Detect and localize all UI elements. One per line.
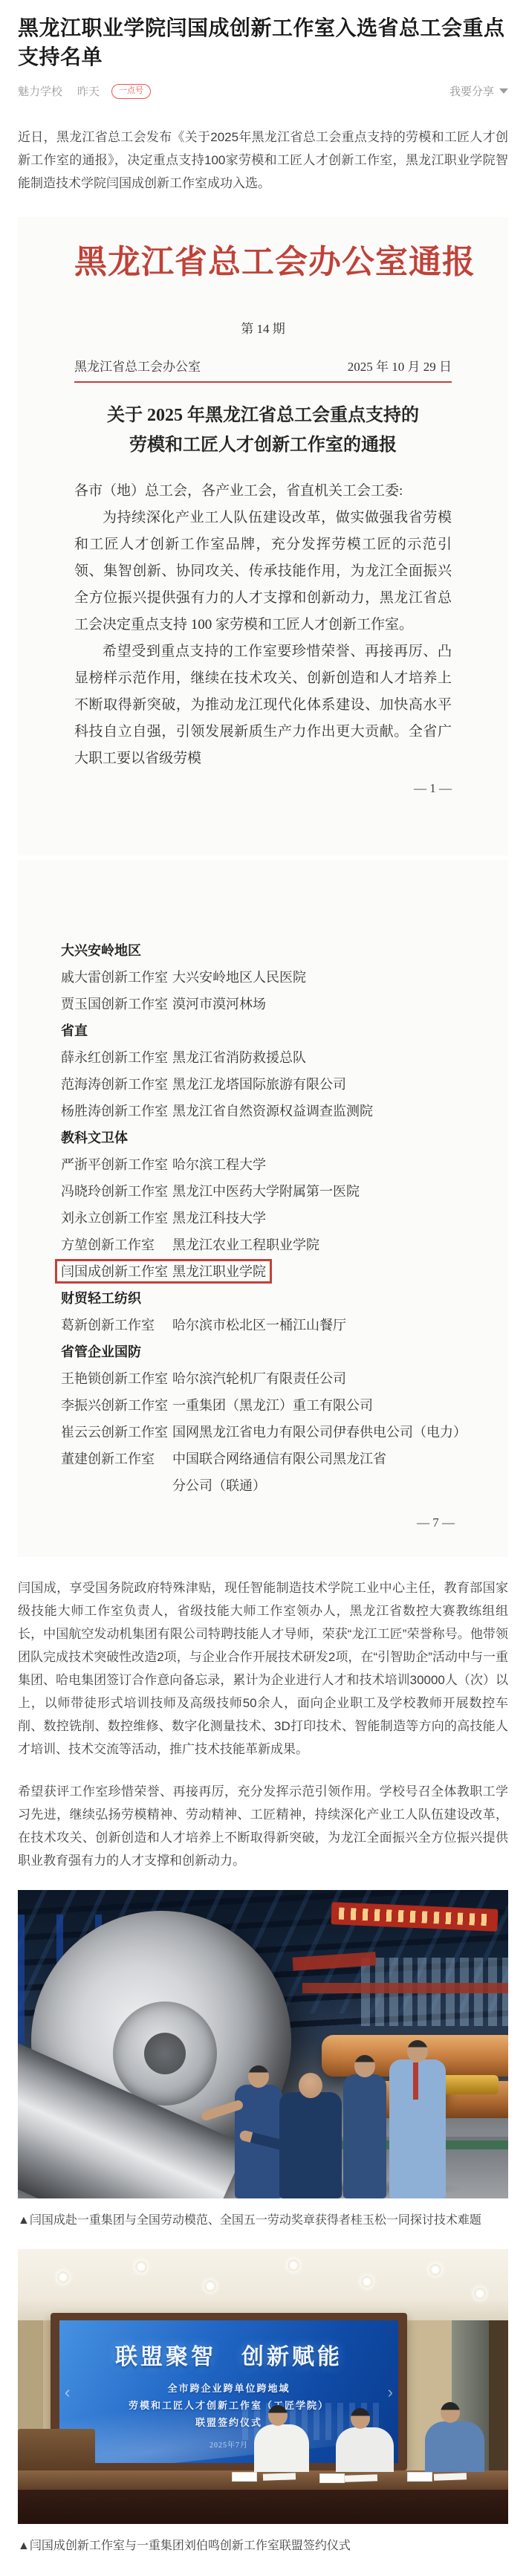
table-row: 方堃创新工作室 黑龙江农业工程职业学院	[61, 1232, 489, 1258]
workshop-name: 闫国成创新工作室	[61, 1258, 172, 1285]
photo-caption: ▲闫国成赴一重集团与全国劳动模范、全国五一劳动奖章获得者桂玉松一同探讨技术难题	[18, 2212, 508, 2230]
workshop-org: 黑龙江农业工程职业学院	[172, 1232, 489, 1258]
crane-beam-graphic	[302, 1983, 508, 1993]
doc-paragraph: 为持续深化产业工人队伍建设改革，做实做强我省劳模和工匠人才创新工作室品牌，充分发…	[74, 505, 452, 638]
photo-caption: ▲闫国成创新工作室与一重集团刘伯鸣创新工作室联盟签约仪式	[18, 2537, 508, 2555]
workshop-org: 哈尔滨市松北区一桶江山餐厅	[172, 1312, 489, 1339]
workshop-name: 冯晓玲创新工作室	[61, 1178, 172, 1205]
table-row: 董建创新工作室 中国联合网络通信有限公司黑龙江省 分公司（联通）	[61, 1446, 489, 1499]
workshop-name: 杨胜涛创新工作室	[61, 1098, 172, 1124]
workshop-org-line2: 分公司（联通）	[172, 1472, 489, 1499]
table-row: 冯晓玲创新工作室 黑龙江中医药大学附属第一医院	[61, 1178, 489, 1205]
workshop-org: 黑龙江龙塔国际旅游有限公司	[172, 1071, 489, 1098]
screen-subtitle-line2: 劳模和工匠人才创新工作室（工匠学院）	[59, 2397, 398, 2414]
table-row: 薛永红创新工作室 黑龙江省消防救援总队	[61, 1044, 489, 1071]
doc-title: 关于 2025 年黑龙江省总工会重点支持的 劳模和工匠人才创新工作室的通报	[74, 401, 452, 460]
workshop-org: 哈尔滨工程大学	[172, 1151, 489, 1178]
ceiling-light-graphic	[204, 2280, 216, 2292]
workshop-name: 王艳锁创新工作室	[61, 1365, 172, 1392]
workshop-name: 董建创新工作室	[61, 1446, 172, 1499]
notice-scan-page-1: 黑龙江省总工会办公室通报 第 14 期 黑龙江省总工会办公室 2025 年 10…	[18, 217, 508, 855]
workshop-org: 黑龙江省自然资源权益调查监测院	[172, 1098, 489, 1124]
doc-date: 2025 年 10 月 29 日	[348, 356, 452, 375]
gold-shaft-graphic	[440, 2075, 499, 2094]
document-paper-graphic	[263, 2473, 296, 2481]
page-title: 黑龙江职业学院闫国成创新工作室入选省总工会重点支持名单	[18, 0, 508, 71]
rotor-hub-graphic	[113, 2001, 217, 2106]
doc2-section-heading: 省直	[61, 1017, 489, 1044]
workshop-org: 漠河市漠河林场	[172, 991, 489, 1017]
ceiling-light-graphic	[361, 2276, 373, 2288]
workshop-org: 哈尔滨汽轮机厂有限责任公司	[172, 1365, 489, 1392]
paragraph-intro: 近日，黑龙江省总工会发布《关于2025年黑龙江省总工会重点支持的劳模和工匠人才创…	[18, 126, 508, 195]
signer-figure	[336, 2427, 394, 2472]
paragraph-bio: 闫国成，享受国务院政府特殊津贴，现任智能制造技术学院工业中心主任，教育部国家级技…	[18, 1576, 508, 1761]
podium-graphic	[18, 2429, 95, 2472]
ceiling-light-graphic	[57, 2271, 69, 2283]
table-row: 严浙平创新工作室 哈尔滨工程大学	[61, 1151, 489, 1178]
workshop-name: 方堃创新工作室	[61, 1232, 172, 1258]
share-button[interactable]: 我要分享	[449, 83, 508, 99]
workshop-org-line1: 中国联合网络通信有限公司黑龙江省	[172, 1446, 489, 1472]
workshop-org: 国网黑龙江省电力有限公司伊春供电公司（电力）	[172, 1419, 489, 1446]
table-row-highlighted: 闫国成创新工作室 黑龙江职业学院	[61, 1258, 489, 1285]
doc-body: 各市（地）总工会，各产业工会，省直机关工会工委: 为持续深化产业工人队伍建设改革…	[74, 478, 452, 772]
account-badge[interactable]: 一点号	[111, 84, 151, 99]
ceiling-light-graphic	[474, 2288, 486, 2300]
workshop-org: 大兴安岭地区人民医院	[172, 964, 489, 991]
name-tent-graphic	[407, 2472, 432, 2482]
workshop-name: 薛永红创新工作室	[61, 1044, 172, 1071]
document-paper-graphic	[345, 2474, 377, 2482]
workshop-org: 黑龙江科技大学	[172, 1205, 489, 1232]
table-row: 杨胜涛创新工作室 黑龙江省自然资源权益调查监测院	[61, 1098, 489, 1124]
name-tent-graphic	[232, 2472, 257, 2482]
screen-slogan: 联盟聚智 创新赋能	[59, 2338, 398, 2371]
workshop-org: 中国联合网络通信有限公司黑龙江省 分公司（联通）	[172, 1446, 489, 1499]
doc-red-rule	[74, 381, 452, 383]
table-row: 贾玉国创新工作室 漠河市漠河林场	[61, 991, 489, 1017]
doc-issuer-row: 黑龙江省总工会办公室 2025 年 10 月 29 日	[74, 356, 452, 381]
workshop-org: 黑龙江省消防救援总队	[172, 1044, 489, 1071]
ceiling-graphic	[18, 2249, 508, 2320]
table-row: 范海涛创新工作室 黑龙江龙塔国际旅游有限公司	[61, 1071, 489, 1098]
signer-figure	[425, 2421, 484, 2472]
name-tent-graphic	[319, 2473, 345, 2483]
doc-issuer: 黑龙江省总工会办公室	[74, 356, 201, 375]
workshop-org: 黑龙江中医药大学附属第一医院	[172, 1178, 489, 1205]
workshop-name: 严浙平创新工作室	[61, 1151, 172, 1178]
document-paper-graphic	[434, 2473, 467, 2481]
table-row: 崔云云创新工作室 国网黑龙江省电力有限公司伊春供电公司（电力）	[61, 1419, 489, 1446]
table-front-graphic	[18, 2490, 508, 2524]
worker-figure	[279, 2092, 342, 2198]
doc-salutation: 各市（地）总工会，各产业工会，省直机关工会工委:	[74, 478, 452, 505]
doc2-section-heading: 省管企业国防	[61, 1339, 489, 1365]
doc-paragraph: 希望受到重点支持的工作室要珍惜荣誉、再接再厉、凸显榜样示范作用，继续在技术攻关、…	[74, 638, 452, 772]
table-row: 李振兴创新工作室 一重集团（黑龙江）重工有限公司	[61, 1392, 489, 1419]
worker-figure	[343, 2074, 386, 2198]
signer-figure	[254, 2424, 309, 2472]
workshop-name: 刘永立创新工作室	[61, 1205, 172, 1232]
workshop-photo	[18, 1890, 508, 2198]
ceiling-light-graphic	[288, 2259, 299, 2271]
workshop-name: 崔云云创新工作室	[61, 1419, 172, 1446]
wall-panel-graphic	[18, 2320, 43, 2439]
doc2-section-heading: 大兴安岭地区	[61, 937, 489, 964]
workshop-name: 葛新创新工作室	[61, 1312, 172, 1339]
workshop-org: 黑龙江职业学院	[172, 1258, 489, 1285]
workshop-name: 戚大雷创新工作室	[61, 964, 172, 991]
doc-page-number: — 1 —	[74, 781, 452, 796]
doc-page-number: — 7 —	[61, 1515, 489, 1530]
table-row: 葛新创新工作室 哈尔滨市松北区一桶江山餐厅	[61, 1312, 489, 1339]
publisher-name[interactable]: 魅力学校	[18, 83, 62, 99]
doc-title-line1: 关于 2025 年黑龙江省总工会重点支持的	[74, 401, 452, 430]
doc2-section-heading: 教科文卫体	[61, 1124, 489, 1151]
screen-subtitle-line1: 全市跨企业跨单位跨地域	[59, 2380, 398, 2397]
notice-scan-page-7: 大兴安岭地区 戚大雷创新工作室 大兴安岭地区人民医院 贾玉国创新工作室 漠河市漠…	[18, 860, 508, 1557]
workshop-name: 范海涛创新工作室	[61, 1071, 172, 1098]
table-row: 戚大雷创新工作室 大兴安岭地区人民医院	[61, 964, 489, 991]
screen-subtitle: 全市跨企业跨单位跨地域 劳模和工匠人才创新工作室（工匠学院） 联盟签约仪式	[59, 2380, 398, 2431]
triangle-down-icon	[499, 88, 508, 94]
workshop-org: 一重集团（黑龙江）重工有限公司	[172, 1392, 489, 1419]
doc-masthead: 黑龙江省总工会办公室通报	[74, 238, 452, 287]
publish-time: 昨天	[77, 83, 100, 99]
table-row: 王艳锁创新工作室 哈尔滨汽轮机厂有限责任公司	[61, 1365, 489, 1392]
signing-ceremony-photo: ‹ › 联盟聚智 创新赋能 全市跨企业跨单位跨地域 劳模和工匠人才创新工作室（工…	[18, 2249, 508, 2524]
paragraph-outlook: 希望获评工作室珍惜荣誉、再接再厉，充分发挥示范引领作用。学校号召全体教职工学习先…	[18, 1780, 508, 1872]
doc-issue-number: 第 14 期	[74, 318, 452, 337]
share-label: 我要分享	[449, 83, 494, 99]
workshop-name: 贾玉国创新工作室	[61, 991, 172, 1017]
article-meta: 魅力学校 昨天 一点号 我要分享	[18, 83, 508, 99]
workshop-name: 李振兴创新工作室	[61, 1392, 172, 1419]
doc-title-line2: 劳模和工匠人才创新工作室的通报	[74, 430, 452, 460]
table-row: 刘永立创新工作室 黑龙江科技大学	[61, 1205, 489, 1232]
worker-figure	[389, 2059, 446, 2198]
article-page: 黑龙江职业学院闫国成创新工作室入选省总工会重点支持名单 魅力学校 昨天 一点号 …	[0, 0, 526, 2576]
doc2-section-heading: 财贸轻工纺织	[61, 1285, 489, 1312]
